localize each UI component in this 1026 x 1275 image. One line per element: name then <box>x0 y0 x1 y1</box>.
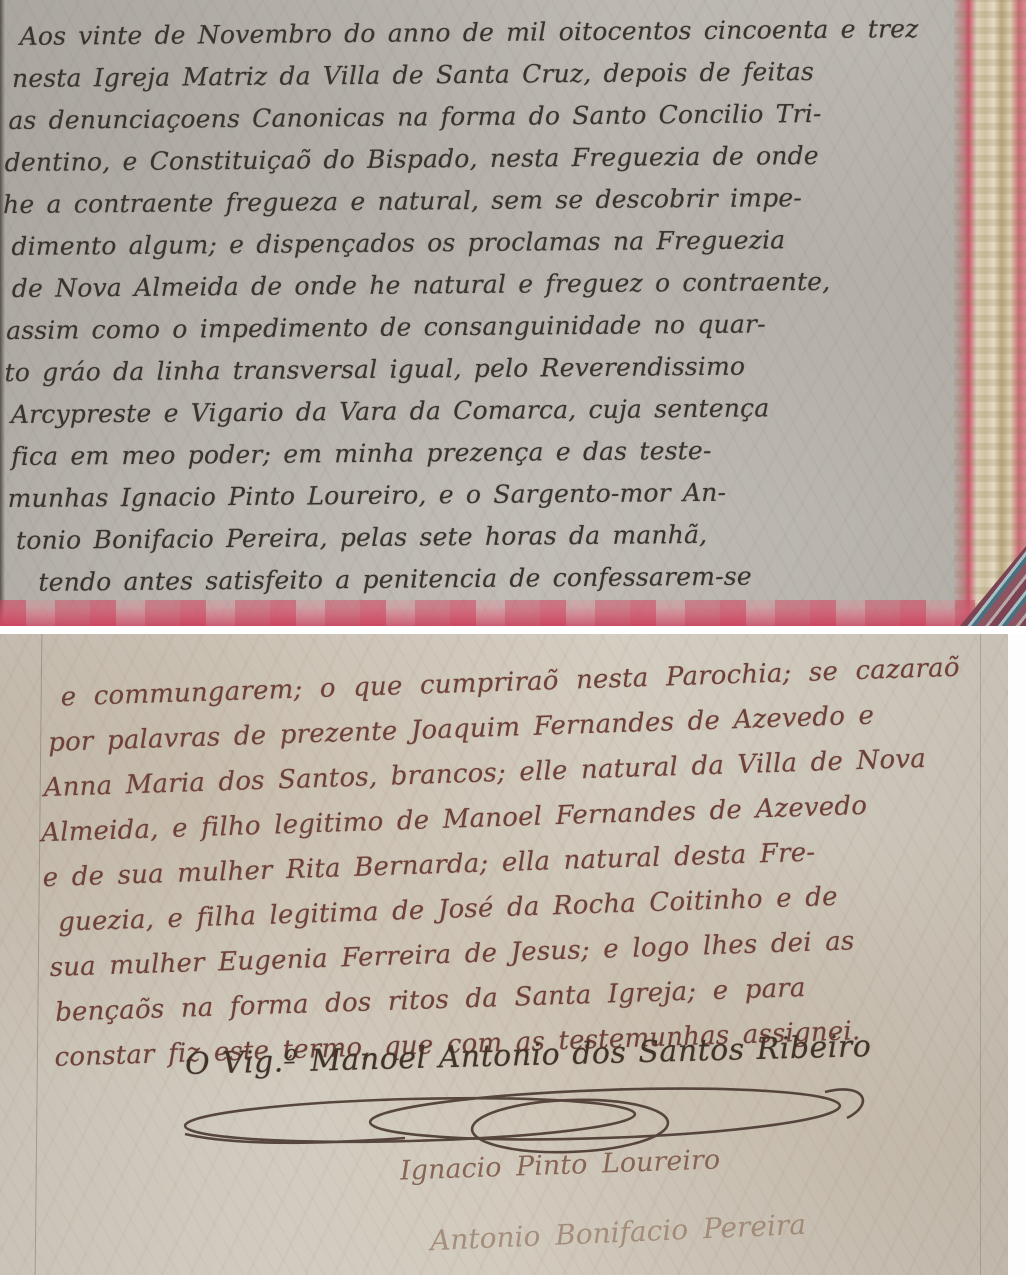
record-line: de Nova Almeida de onde he natural e fre… <box>12 260 922 310</box>
page2-handwriting: e commungarem; o que cumpriraõ nesta Par… <box>46 645 999 1081</box>
book-fore-edge-red <box>954 0 1026 626</box>
scan-gap <box>0 626 1026 634</box>
page1-scan: Aos vinte de Novembro do anno de mil oit… <box>0 0 1026 626</box>
margin-rule-left <box>35 634 43 1275</box>
gutter-shadow <box>0 0 5 626</box>
scan2-white-margin <box>1008 634 1026 1275</box>
scanned-parish-register: { "page1": { "lines": [ "Aos vinte de No… <box>0 0 1026 1275</box>
page1-handwriting: Aos vinte de Novembro do anno de mil oit… <box>19 8 924 604</box>
record-line: tendo antes satisfeito a penitencia de c… <box>38 554 924 604</box>
red-page-edge-bottom <box>0 600 975 626</box>
